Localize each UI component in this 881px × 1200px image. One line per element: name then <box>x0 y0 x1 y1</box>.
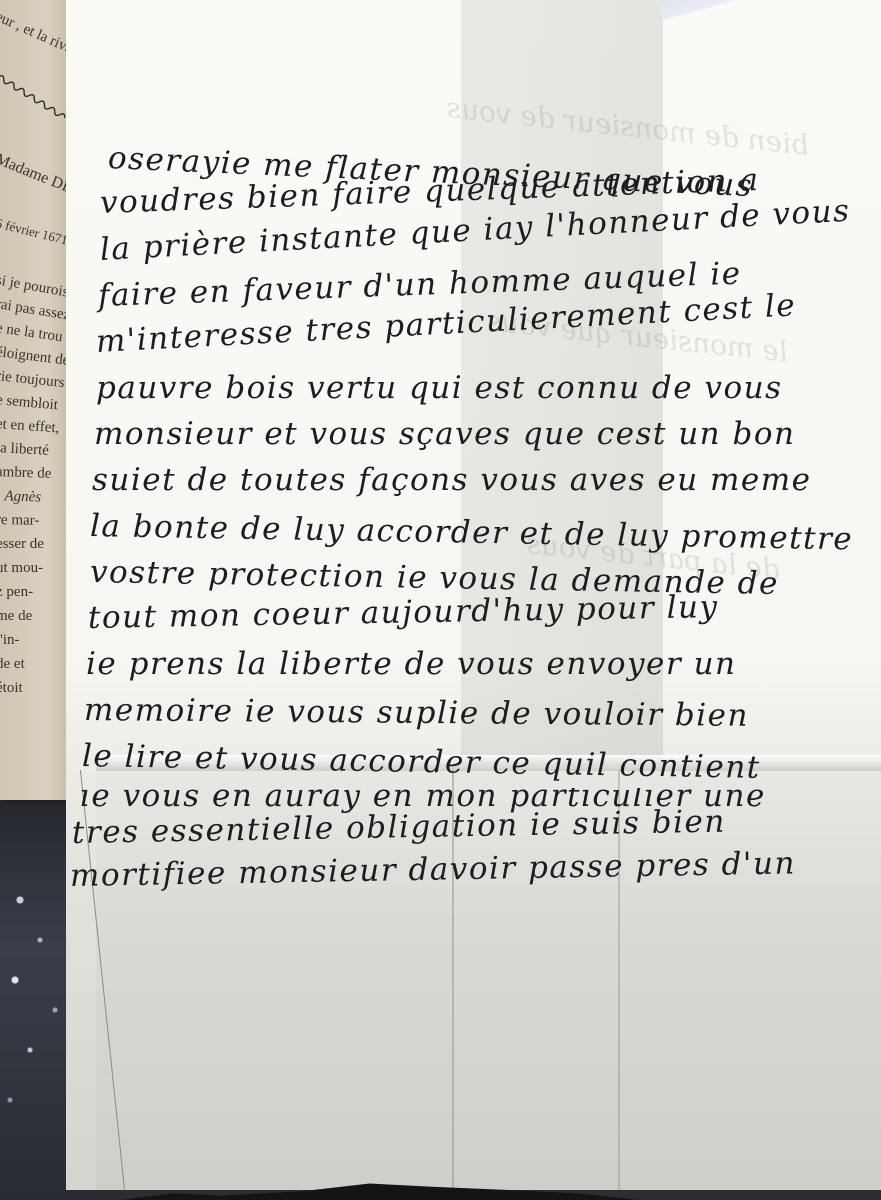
book-text-line: eur , et la riva <box>0 9 75 58</box>
handwritten-line: monsieur et vous sçaves que cest un bon <box>94 416 795 452</box>
book-text-line: e sembloit <box>0 392 59 414</box>
handwritten-line: pauvre bois vertu qui est connu de vous <box>96 370 782 406</box>
book-text-line: éloignent de <box>0 344 70 370</box>
book-text-line: l'in- <box>0 632 20 649</box>
book-text-line: esser de <box>0 536 44 553</box>
book-text-line: ; Agnès <box>0 488 41 507</box>
handwritten-line: ie prens la liberte de vous envoyer un <box>86 646 737 682</box>
book-heading: Madame DE <box>0 151 75 198</box>
ornamental-wavy-rule <box>0 68 72 127</box>
book-text-line: z pen- <box>0 584 33 601</box>
folded-corner <box>656 0 736 20</box>
book-text-line: e ne la trou <box>0 320 64 346</box>
handwritten-line: suiet de toutes façons vous aves eu meme <box>92 462 812 498</box>
book-text-line: ut mou- <box>0 560 43 577</box>
handwritten-line: memoire ie vous suplie de vouloir bien <box>84 692 749 734</box>
book-text-line: rie toujours <box>0 368 65 392</box>
book-text-line: et en effet, <box>0 416 60 437</box>
book-date-line: 6 février 1671. <box>0 215 73 249</box>
book-text-line: la liberté <box>0 440 49 460</box>
book-text-line: re mar- <box>0 512 40 530</box>
book-text-line: de et <box>0 656 25 673</box>
book-text-line: ambre de <box>0 464 52 483</box>
book-text-line: étoit <box>0 680 23 697</box>
book-text-line: si je pourois <box>0 272 70 301</box>
book-text-line: me de <box>0 608 32 625</box>
